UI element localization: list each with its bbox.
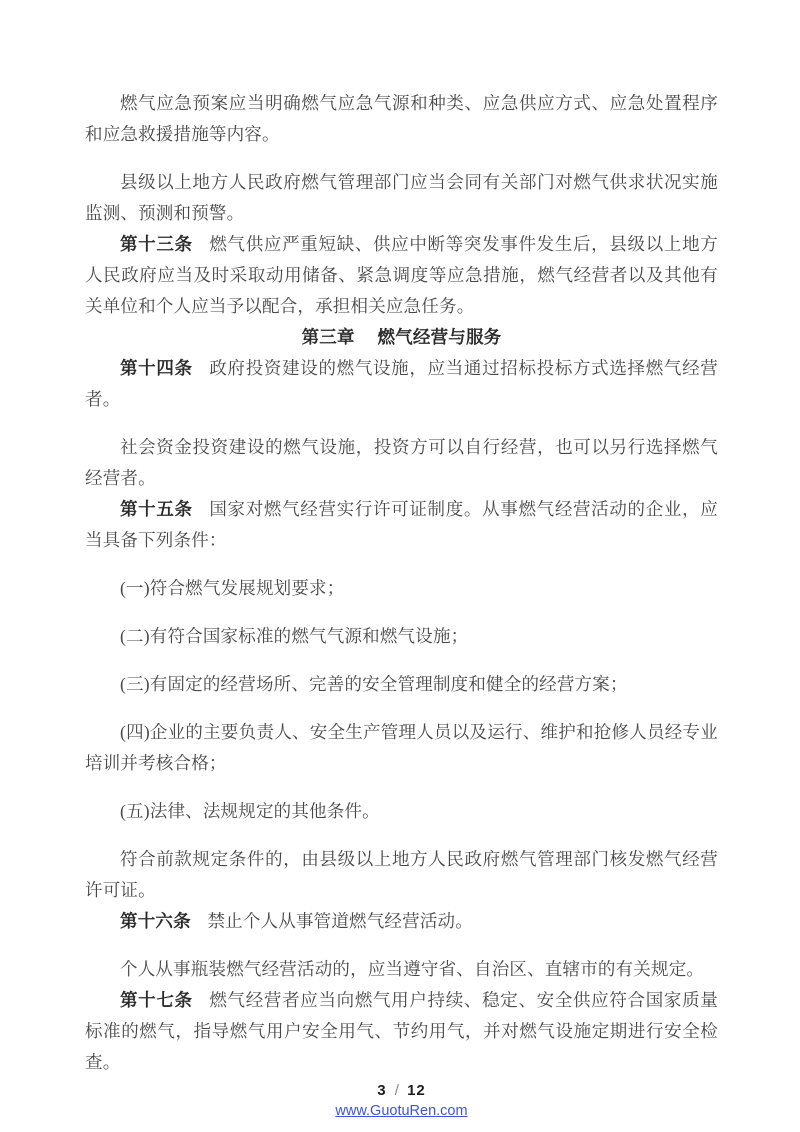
clause-number: 第十三条 xyxy=(120,234,193,254)
paragraph: (四)企业的主要负责人、安全生产管理人员以及运行、维护和抢修人员经专业培训并考核… xyxy=(85,717,718,779)
paragraph: 县级以上地方人民政府燃气管理部门应当会同有关部门对燃气供求状况实施监测、预测和预… xyxy=(85,167,718,229)
paragraph: 第十六条禁止个人从事管道燃气经营活动。 xyxy=(85,906,718,937)
paragraph: (二)有符合国家标准的燃气气源和燃气设施； xyxy=(85,621,718,652)
clause-number: 第十四条 xyxy=(120,358,193,378)
chapter-heading: 第三章燃气经营与服务 xyxy=(85,322,718,353)
paragraph: 个人从事瓶装燃气经营活动的，应当遵守省、自治区、直辖市的有关规定。 xyxy=(85,954,718,985)
paragraph: 社会资金投资建设的燃气设施，投资方可以自行经营，也可以另行选择燃气经营者。 xyxy=(85,432,718,494)
document-body: 燃气应急预案应当明确燃气应急气源和种类、应急供应方式、应急处置程序和应急救援措施… xyxy=(85,88,718,1078)
site-link[interactable]: www.GuotuRen.com xyxy=(335,1101,467,1122)
clause-number: 第十五条 xyxy=(120,499,193,519)
page-current: 3 xyxy=(377,1082,386,1099)
clause-number: 第十六条 xyxy=(120,911,191,931)
paragraph: 第十四条政府投资建设的燃气设施，应当通过招标投标方式选择燃气经营者。 xyxy=(85,353,718,415)
paragraph: (五)法律、法规规定的其他条件。 xyxy=(85,796,718,827)
page-footer: 3 / 12 www.GuotuRen.com xyxy=(85,1078,718,1122)
clause-number: 第十七条 xyxy=(120,990,193,1010)
page-total: 12 xyxy=(407,1082,426,1099)
document-page: 燃气应急预案应当明确燃气应急气源和种类、应急供应方式、应急处置程序和应急救援措施… xyxy=(0,0,800,1132)
paragraph: 燃气应急预案应当明确燃气应急气源和种类、应急供应方式、应急处置程序和应急救援措施… xyxy=(85,88,718,150)
paragraph: 第十七条燃气经营者应当向燃气用户持续、稳定、安全供应符合国家质量标准的燃气，指导… xyxy=(85,985,718,1078)
paragraph: 第十五条国家对燃气经营实行许可证制度。从事燃气经营活动的企业，应当具备下列条件： xyxy=(85,494,718,556)
chapter-number: 第三章 xyxy=(302,327,355,347)
page-separator: / xyxy=(395,1082,399,1099)
paragraph: (三)有固定的经营场所、完善的安全管理制度和健全的经营方案； xyxy=(85,669,718,700)
paragraph: 符合前款规定条件的，由县级以上地方人民政府燃气管理部门核发燃气经营许可证。 xyxy=(85,844,718,906)
page-number: 3 / 12 xyxy=(85,1080,718,1101)
paragraph: (一)符合燃气发展规划要求； xyxy=(85,573,718,604)
paragraph: 第十三条燃气供应严重短缺、供应中断等突发事件发生后，县级以上地方人民政府应当及时… xyxy=(85,229,718,322)
